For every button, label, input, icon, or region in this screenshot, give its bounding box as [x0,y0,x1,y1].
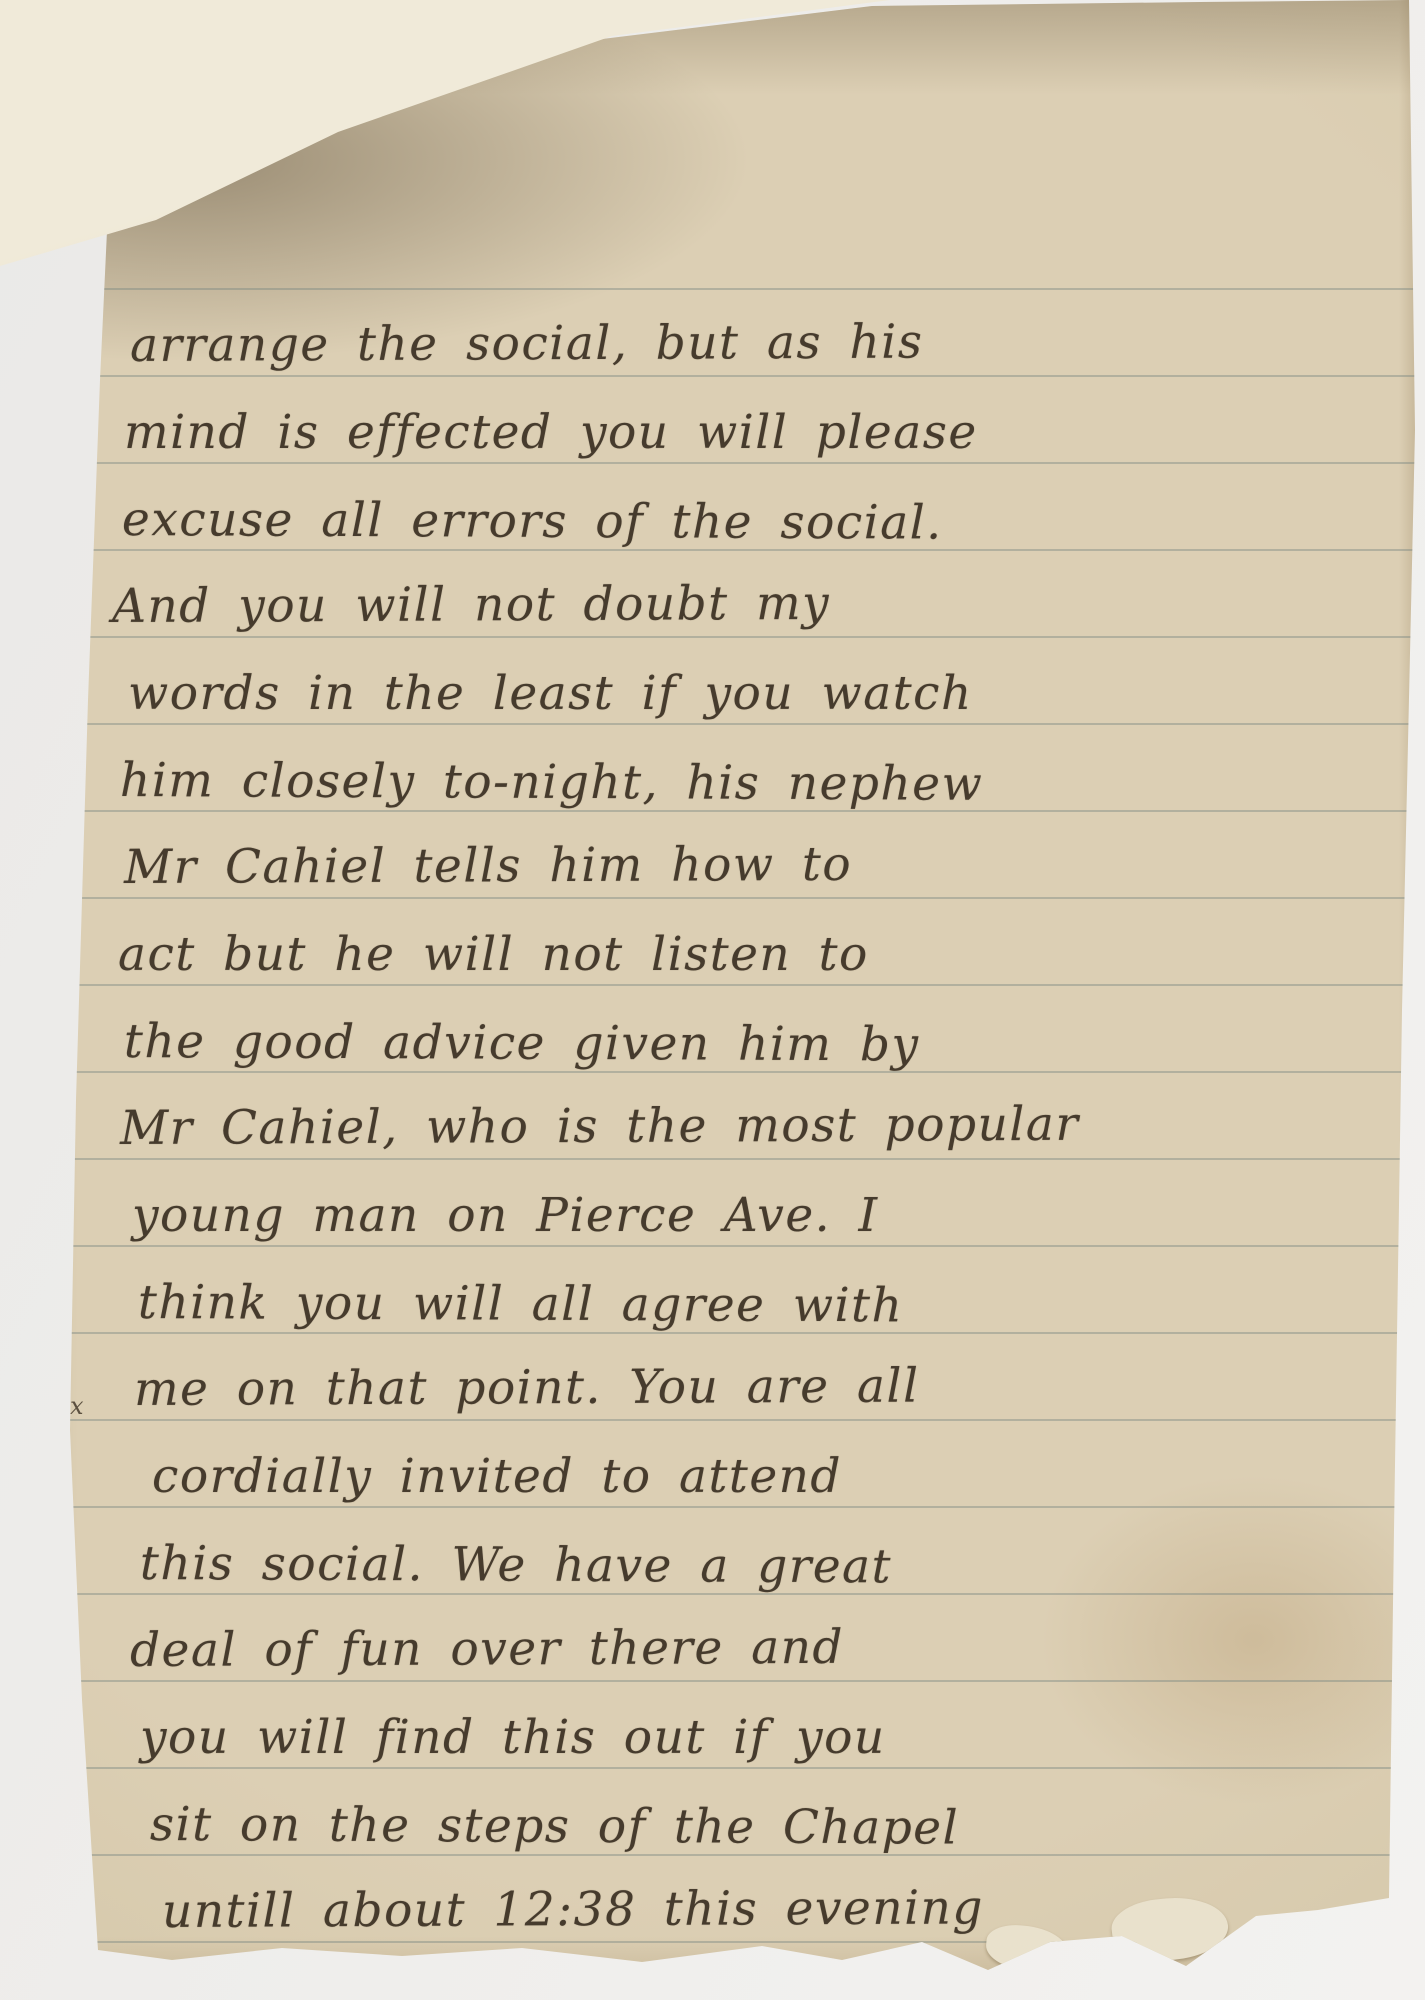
handwritten-line: you will find this out if you [140,1714,886,1761]
handwritten-line: him closely to-night, his nephew [120,757,983,808]
ruled-line [40,375,1419,377]
handwritten-line: me on that point. You are all [134,1363,920,1413]
ruled-line [40,636,1419,638]
handwritten-line: act but he will not listen to [118,931,869,978]
ruled-line [40,1680,1419,1682]
handwritten-line: sit on the steps of the Chapel [150,1801,959,1852]
handwritten-line: this social. We have a great [140,1540,892,1590]
paper-surface [0,0,1425,2000]
ruled-line [40,1506,1419,1508]
handwritten-line: Mr Cahiel tells him how to [124,841,852,891]
handwritten-line: untill about 12:38 this evening [162,1884,984,1935]
notebook-page: arrange the social, but as his mind is e… [0,0,1425,2000]
ruled-line [40,288,1419,290]
handwritten-line: And you will not doubt my [112,580,830,630]
handwritten-line: Mr Cahiel, who is the most popular [120,1101,1080,1152]
handwritten-line: cordially invited to attend [152,1453,842,1500]
handwritten-line: mind is effected you will please [124,409,978,456]
ruled-line [40,1245,1419,1247]
handwritten-line: young man on Pierce Ave. I [132,1192,879,1239]
ruled-line [40,462,1419,464]
ruled-line [40,723,1419,725]
handwritten-line: words in the least if you watch [128,670,973,717]
handwritten-line: excuse all errors of the social. [122,496,943,547]
ruled-line [40,897,1419,899]
ruled-line [40,984,1419,986]
margin-x-mark: x [70,1392,84,1420]
handwritten-line: the good advice given him by [124,1018,920,1068]
handwritten-line: think you will all agree with [138,1279,903,1329]
photo-of-notebook-page: arrange the social, but as his mind is e… [0,0,1425,2000]
handwritten-line: deal of fun over there and [130,1624,844,1674]
handwritten-line: arrange the social, but as his [130,319,924,369]
ruled-line [40,1767,1419,1769]
ruled-line [40,1419,1419,1421]
ruled-line [40,1158,1419,1160]
